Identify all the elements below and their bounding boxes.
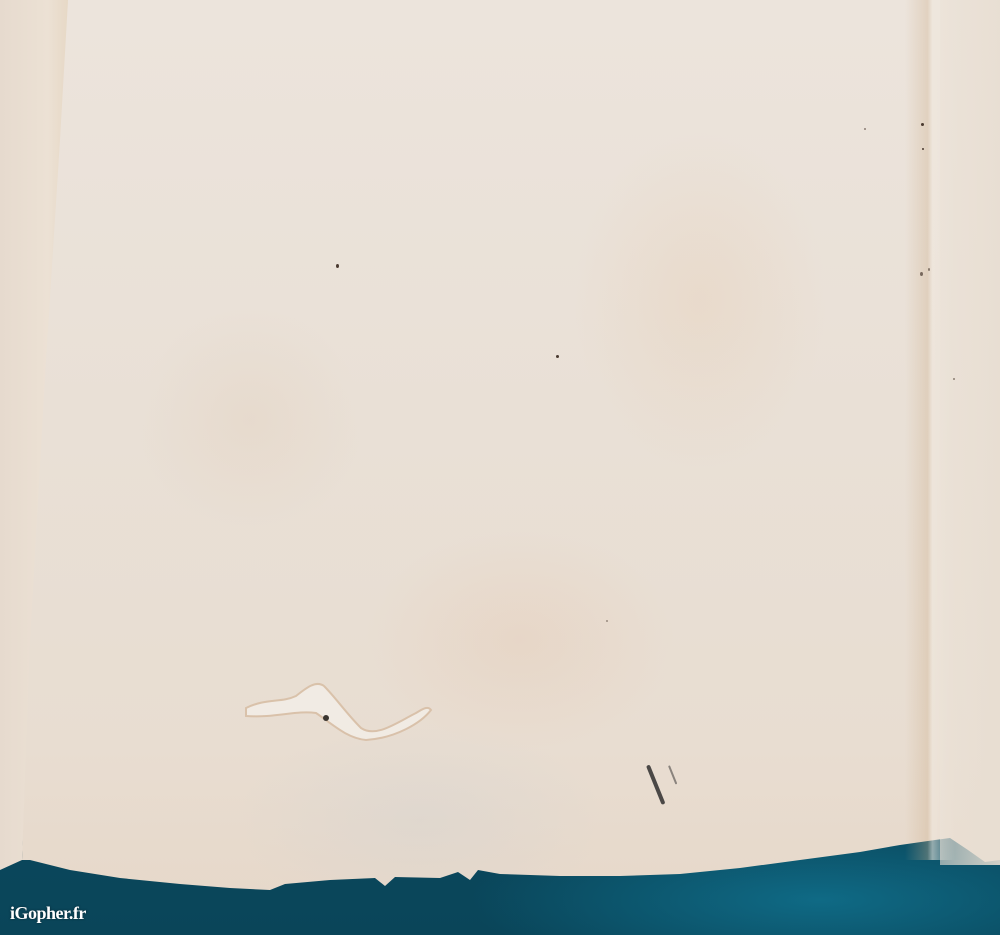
foxing-spot — [921, 123, 924, 126]
foxing-spot — [606, 620, 608, 622]
foxing-spot — [920, 272, 923, 276]
photo-scene: iGopher.fr — [0, 0, 1000, 935]
foxing-spot — [864, 128, 866, 130]
foxing-spot — [928, 268, 930, 271]
foxing-spot — [953, 378, 955, 380]
folded-panel — [940, 0, 1000, 865]
paper-sheet — [0, 0, 1000, 935]
foxing-spot — [336, 264, 339, 268]
watermark: iGopher.fr — [10, 903, 86, 924]
foxing-spot — [922, 148, 924, 150]
foxing-spot — [556, 355, 559, 358]
torn-patch — [236, 668, 436, 748]
